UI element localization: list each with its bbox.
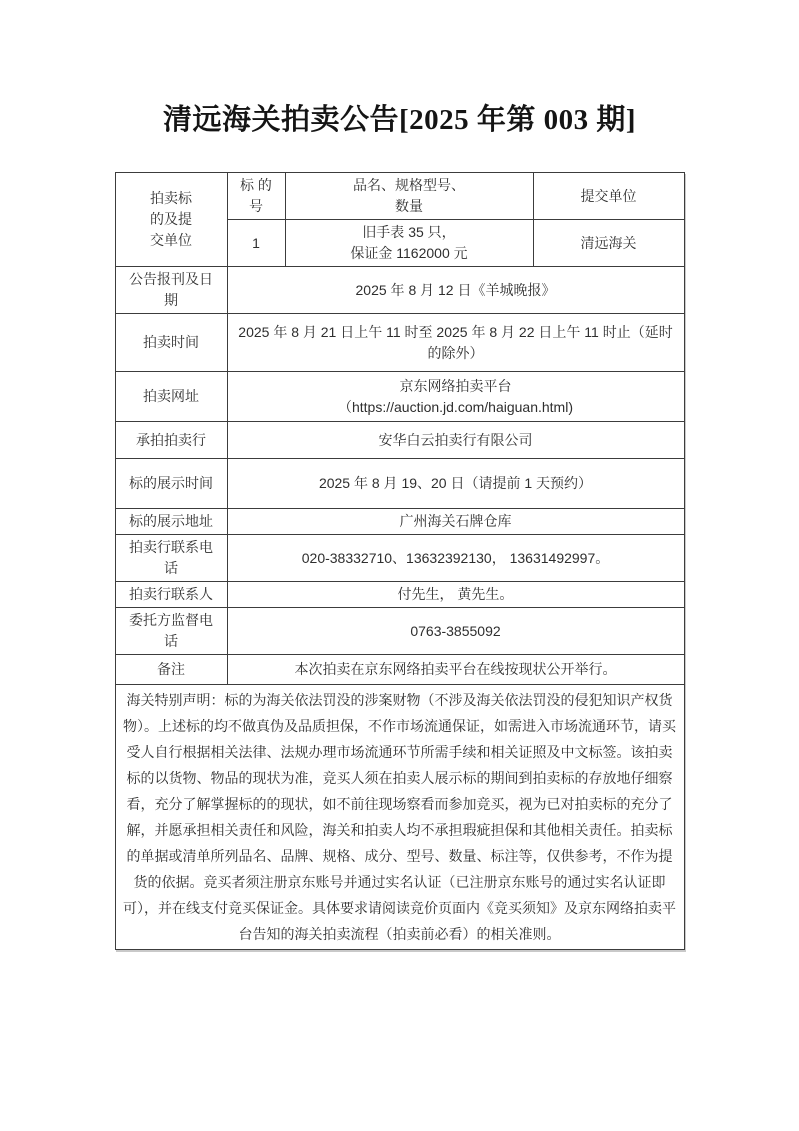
info-value: 020-38332710、13632392130， 13631492997。 [227,535,684,582]
info-value: 付先生， 黄先生。 [227,582,684,608]
info-row-display-time: 标的展示时间 2025 年 8 月 19、20 日（请提前 1 天预约） [115,459,684,509]
auction-table: 拍卖标 的及提 交单位 标 的 号 品名、规格型号、 数量 提交单位 1 旧手表… [115,172,685,950]
info-label: 拍卖行联系电 话 [115,535,227,582]
info-row-contact-person: 拍卖行联系人 付先生， 黄先生。 [115,582,684,608]
statement-row: 海关特别声明：标的为海关依法罚没的涉案财物（不涉及海关依法罚没的侵犯知识产权货物… [115,685,684,950]
lot-submitter-cell: 清远海关 [533,220,684,267]
lot-item-cell: 旧手表 35 只， 保证金 1162000 元 [285,220,533,267]
info-label: 拍卖网址 [115,372,227,422]
info-label: 委托方监督电 话 [115,608,227,655]
info-row-contact-phone: 拍卖行联系电 话 020-38332710、13632392130， 13631… [115,535,684,582]
item-spec-header: 品名、规格型号、 数量 [285,173,533,220]
info-row-supervision-phone: 委托方监督电 话 0763-3855092 [115,608,684,655]
info-row-remarks: 备注 本次拍卖在京东网络拍卖平台在线按现状公开举行。 [115,655,684,685]
announcement-page: 清远海关拍卖公告[2025 年第 003 期] 拍卖标 的及提 交单位 标 的 … [0,0,799,950]
lot-no-header: 标 的 号 [227,173,285,220]
info-row-gazette: 公告报刊及日 期 2025 年 8 月 12 日《羊城晚报》 [115,267,684,314]
info-row-display-address: 标的展示地址 广州海关石牌仓库 [115,509,684,535]
info-label: 备注 [115,655,227,685]
info-value: 2025 年 8 月 19、20 日（请提前 1 天预约） [227,459,684,509]
info-row-auction-time: 拍卖时间 2025 年 8 月 21 日上午 11 时至 2025 年 8 月 … [115,314,684,372]
lot-no-cell: 1 [227,220,285,267]
info-value: 广州海关石牌仓库 [227,509,684,535]
customs-special-statement: 海关特别声明：标的为海关依法罚没的涉案财物（不涉及海关依法罚没的侵犯知识产权货物… [115,685,684,950]
info-row-auction-house: 承拍拍卖行 安华白云拍卖行有限公司 [115,422,684,459]
info-value: 本次拍卖在京东网络拍卖平台在线按现状公开举行。 [227,655,684,685]
info-value: 2025 年 8 月 12 日《羊城晚报》 [227,267,684,314]
merged-lot-section-label: 拍卖标 的及提 交单位 [115,173,227,267]
info-label: 标的展示时间 [115,459,227,509]
info-value: 安华白云拍卖行有限公司 [227,422,684,459]
info-value auction-url-text: 京东网络拍卖平台 （https://auction.jd.com/haiguan… [227,372,684,422]
info-label: 承拍拍卖行 [115,422,227,459]
info-label: 标的展示地址 [115,509,227,535]
info-value: 2025 年 8 月 21 日上午 11 时至 2025 年 8 月 22 日上… [227,314,684,372]
info-row-auction-url: 拍卖网址 京东网络拍卖平台 （https://auction.jd.com/ha… [115,372,684,422]
submitter-header: 提交单位 [533,173,684,220]
info-label: 拍卖时间 [115,314,227,372]
info-value: 0763-3855092 [227,608,684,655]
info-label: 公告报刊及日 期 [115,267,227,314]
page-title: 清远海关拍卖公告[2025 年第 003 期] [0,102,799,138]
lot-header-row: 拍卖标 的及提 交单位 标 的 号 品名、规格型号、 数量 提交单位 [115,173,684,220]
info-label: 拍卖行联系人 [115,582,227,608]
